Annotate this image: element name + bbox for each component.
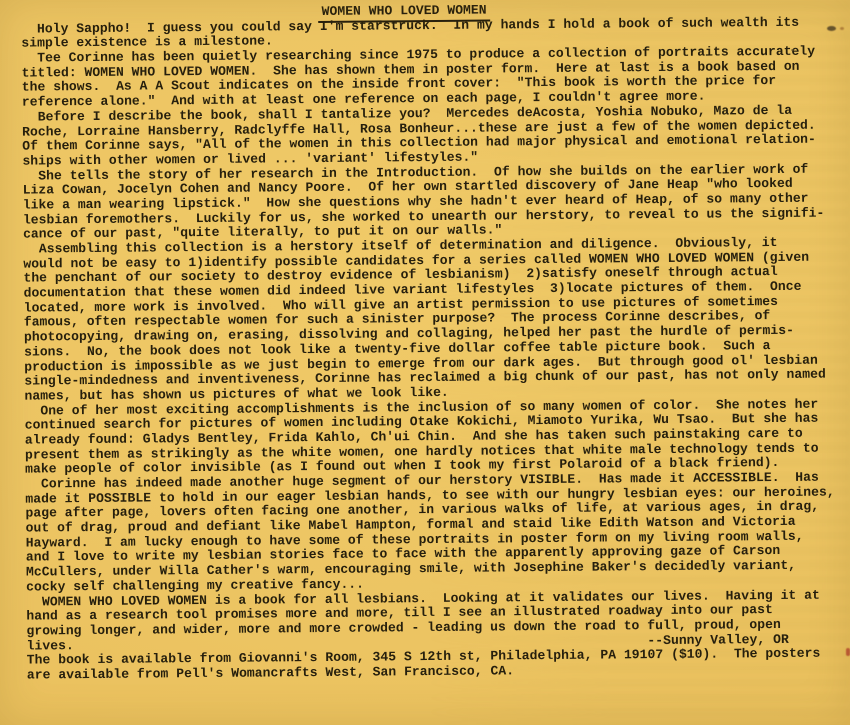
document-body: WOMEN WHO LOVED WOMEN Holy Sappho! I gue… xyxy=(21,0,845,683)
rust-speck xyxy=(840,27,844,30)
text-lines: Holy Sappho! I guess you could say I'm s… xyxy=(21,15,845,683)
scanned-document-page: WOMEN WHO LOVED WOMEN Holy Sappho! I gue… xyxy=(0,0,850,725)
document-title: WOMEN WHO LOVED WOMEN xyxy=(319,3,490,22)
red-edge-mark xyxy=(846,648,850,656)
